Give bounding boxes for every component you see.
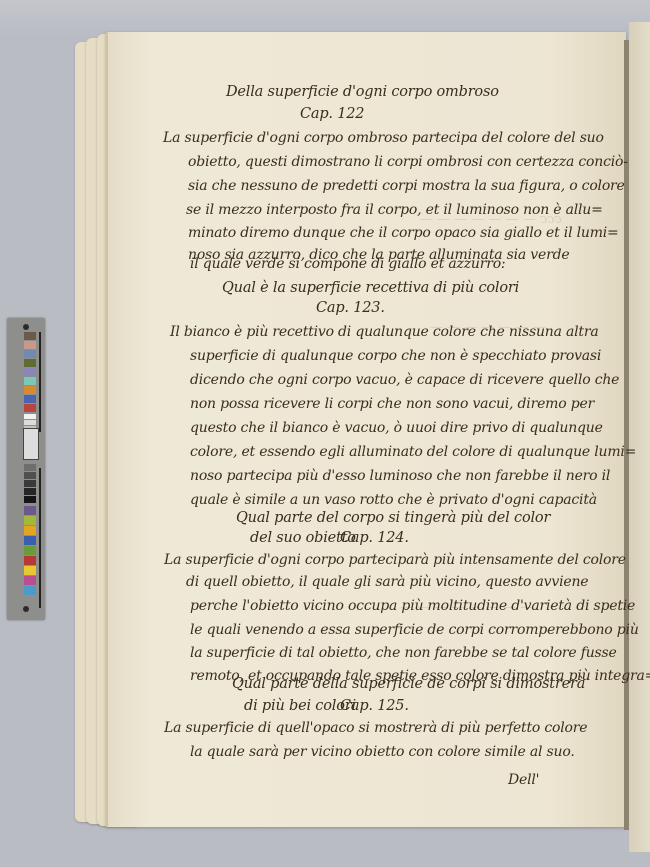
text-line: il quale verde si compone di giallo et a… xyxy=(190,256,505,272)
color-swatch xyxy=(24,516,36,525)
color-swatch xyxy=(24,576,36,585)
text-line: La superficie d'ogni corpo ombroso parte… xyxy=(163,130,604,146)
gray-swatch xyxy=(24,488,36,495)
text-line: La superficie di quell'opaco si mostrerà… xyxy=(164,720,587,736)
text-line: questo che il bianco è vacuo, ò uuoi dir… xyxy=(190,420,603,436)
chapter-number: Cap. 123. xyxy=(316,300,385,316)
text-line: la superficie di tal obietto, che non fa… xyxy=(190,645,617,661)
chapter-number: Cap. 125. xyxy=(340,698,409,714)
text-line: non possa ricevere li corpi che non sono… xyxy=(190,396,594,412)
color-swatch xyxy=(24,526,36,535)
text-line: sia che nessuno de predetti corpi mostra… xyxy=(188,178,625,194)
gray-swatch xyxy=(24,472,36,479)
text-line: colore, et essendo egli alluminato del c… xyxy=(190,444,636,460)
text-line: obietto, questi dimostrano li corpi ombr… xyxy=(188,154,628,170)
color-swatch xyxy=(24,536,36,545)
strip-hole-icon xyxy=(23,606,29,612)
chapter-title: Qual parte della superficie de corpi si … xyxy=(232,676,585,692)
strip-hole-icon xyxy=(23,324,29,330)
chapter-title: Qual è la superficie recettiva di più co… xyxy=(222,280,519,296)
text-line: Il bianco è più recettivo di qualunque c… xyxy=(170,324,598,340)
text-line: se il mezzo interposto fra il corpo, et … xyxy=(186,202,603,218)
chapter-title: Qual parte del corpo si tingerà più del … xyxy=(236,510,550,526)
gray-swatch xyxy=(24,464,36,471)
text-line: minato diremo dunque che il corpo opaco … xyxy=(188,225,619,241)
gray-swatch xyxy=(24,414,36,419)
gray-swatch xyxy=(24,480,36,487)
color-swatch xyxy=(24,404,36,412)
gray-swatch xyxy=(24,496,36,503)
color-swatch xyxy=(24,341,36,349)
color-swatch xyxy=(24,386,36,394)
color-swatch xyxy=(24,377,36,385)
chapter-number: Cap. 122 xyxy=(300,106,364,122)
text-line: la quale sarà per vicino obietto con col… xyxy=(190,744,575,760)
strip-rail xyxy=(39,468,41,608)
text-line: dicendo che ogni corpo vacuo, è capace d… xyxy=(190,372,619,388)
color-swatch xyxy=(24,566,36,575)
chapter-title: Della superficie d'ogni corpo ombroso xyxy=(226,84,499,100)
text-line: perche l'obietto vicino occupa più molti… xyxy=(190,598,635,614)
text-line: La superficie d'ogni corpo parteciparà p… xyxy=(164,552,626,568)
text-line: le quali venendo a essa superficie de co… xyxy=(190,622,639,638)
facing-page-edge xyxy=(629,22,650,852)
color-swatch xyxy=(24,506,36,515)
color-swatch xyxy=(24,556,36,565)
strip-label xyxy=(23,428,39,460)
text-line: quale è simile a un vaso rotto che è pri… xyxy=(190,492,597,508)
color-swatch xyxy=(24,332,36,340)
color-swatch xyxy=(24,586,36,595)
catchword: Dell' xyxy=(508,772,539,788)
text-line: superficie di qualunque corpo che non è … xyxy=(190,348,601,364)
gray-swatch xyxy=(24,420,36,425)
text-line: di quell obietto, il quale gli sarà più … xyxy=(186,574,588,590)
color-swatch xyxy=(24,368,36,376)
text-line: noso partecipa più d'esso luminoso che n… xyxy=(190,468,610,484)
chapter-number: Cap. 124. xyxy=(340,530,409,546)
color-swatch xyxy=(24,359,36,367)
color-swatch xyxy=(24,395,36,403)
color-swatch xyxy=(24,546,36,555)
strip-rail xyxy=(39,332,41,432)
color-calibration-strip xyxy=(7,318,45,620)
color-swatch xyxy=(24,350,36,358)
